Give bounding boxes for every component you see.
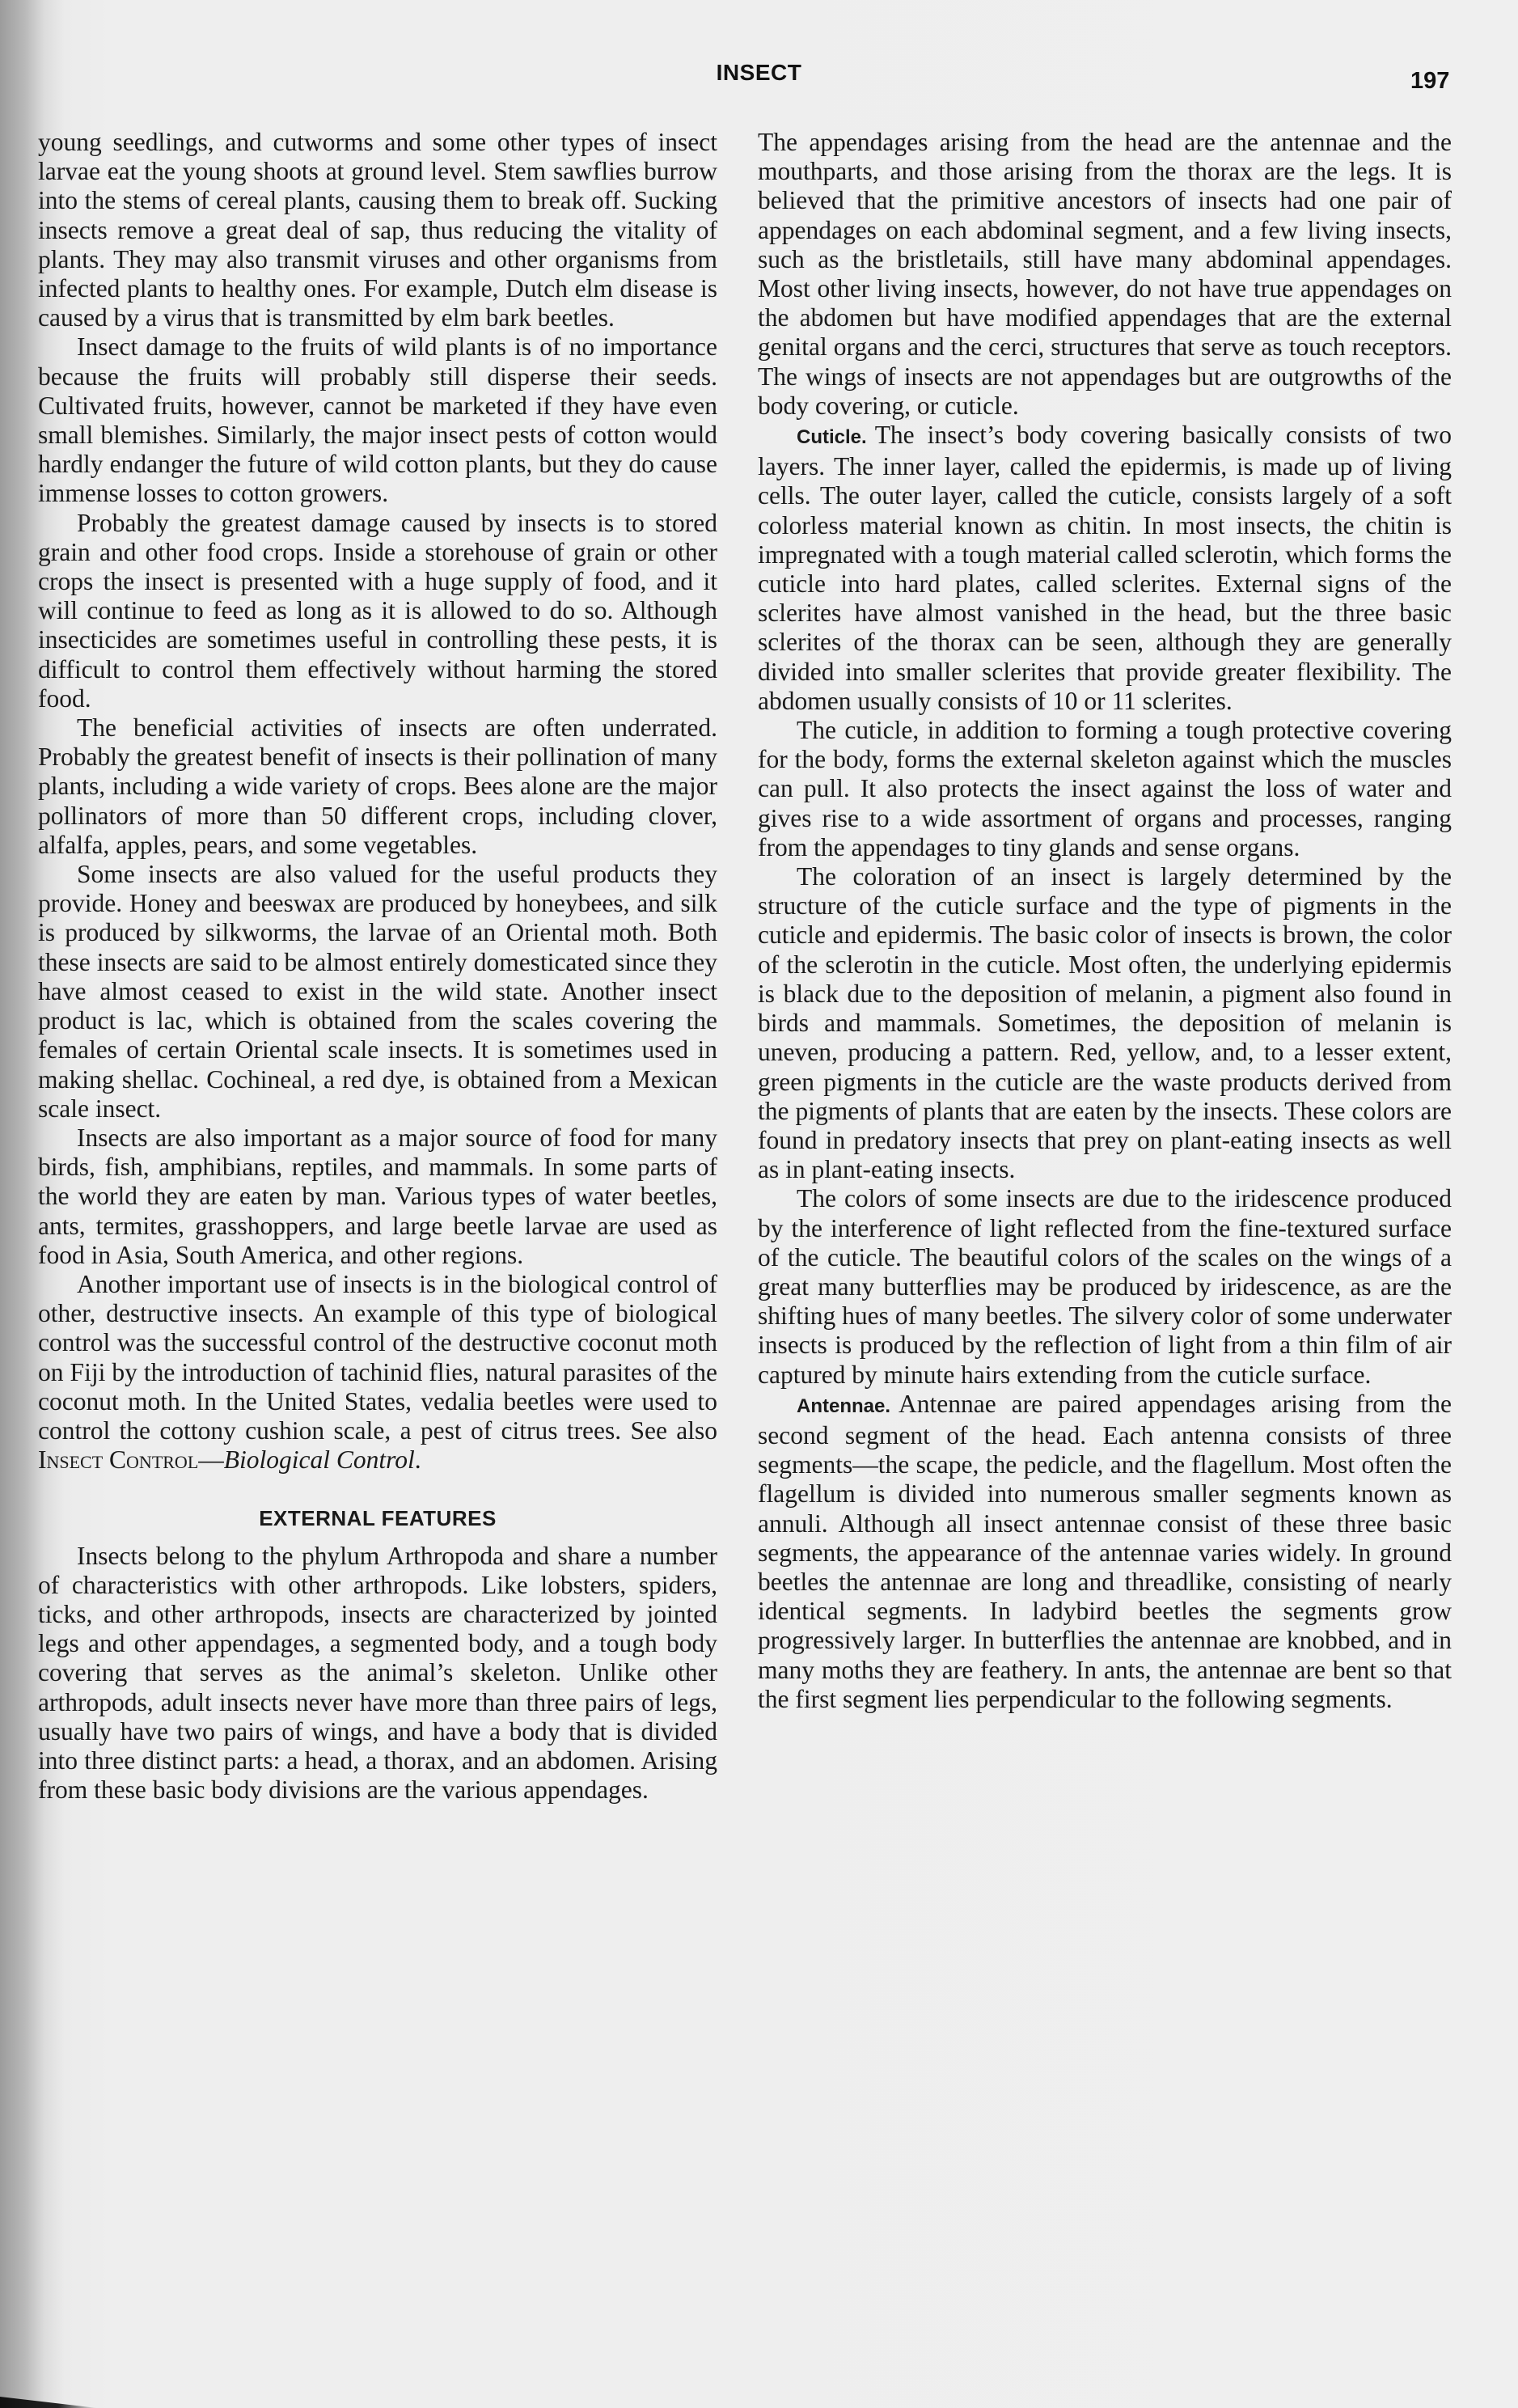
page-number: 197 <box>1410 68 1449 95</box>
paragraph-cuticle-intro: Cuticle.The insect’s body covering basic… <box>758 421 1452 716</box>
page-edge-shadow <box>0 2397 97 2408</box>
cuticle-intro-text: The insect’s body covering basically con… <box>758 421 1452 715</box>
subheading-cuticle: Cuticle. <box>797 426 867 448</box>
paragraph-fruit-damage: Insect damage to the fruits of wild plan… <box>38 332 717 508</box>
biocontrol-text: Another important use of insects is in t… <box>38 1270 717 1445</box>
cross-reference-link[interactable]: Insect Control <box>38 1445 198 1474</box>
paragraph-insects-as-food: Insects are also important as a major so… <box>38 1124 717 1270</box>
running-head: INSECT <box>0 60 1518 86</box>
book-page: INSECT 197 young seedlings, and cutworms… <box>0 0 1518 2408</box>
section-heading-external-features: EXTERNAL FEATURES <box>38 1504 717 1533</box>
cross-reference-subsection[interactable]: Biological Control <box>224 1445 415 1474</box>
paragraph-external-features: Insects belong to the phylum Arthropoda … <box>38 1542 717 1805</box>
paragraph-pollination: The beneficial activities of insects are… <box>38 713 717 860</box>
antennae-text: Antennae are paired appendages arising f… <box>758 1390 1452 1713</box>
paragraph-stored-grain: Probably the greatest damage caused by i… <box>38 509 717 713</box>
cross-reference-dash: — <box>198 1445 224 1474</box>
paragraph-insect-products: Some insects are also valued for the use… <box>38 860 717 1124</box>
paragraph-coloration: The coloration of an insect is largely d… <box>758 862 1452 1184</box>
cross-reference-end: . <box>415 1445 421 1474</box>
right-column: The appendages arising from the head are… <box>758 128 1452 1714</box>
paragraph-cuticle-function: The cuticle, in addition to forming a to… <box>758 716 1452 862</box>
left-column: young seedlings, and cutworms and some o… <box>38 128 717 1805</box>
paragraph-crop-damage: young seedlings, and cutworms and some o… <box>38 128 717 332</box>
paragraph-antennae: Antennae.Antennae are paired appendages … <box>758 1390 1452 1714</box>
subheading-antennae: Antennae. <box>797 1395 890 1417</box>
paragraph-biological-control: Another important use of insects is in t… <box>38 1270 717 1475</box>
paragraph-iridescence: The colors of some insects are due to th… <box>758 1184 1452 1389</box>
paragraph-appendages: The appendages arising from the head are… <box>758 128 1452 421</box>
